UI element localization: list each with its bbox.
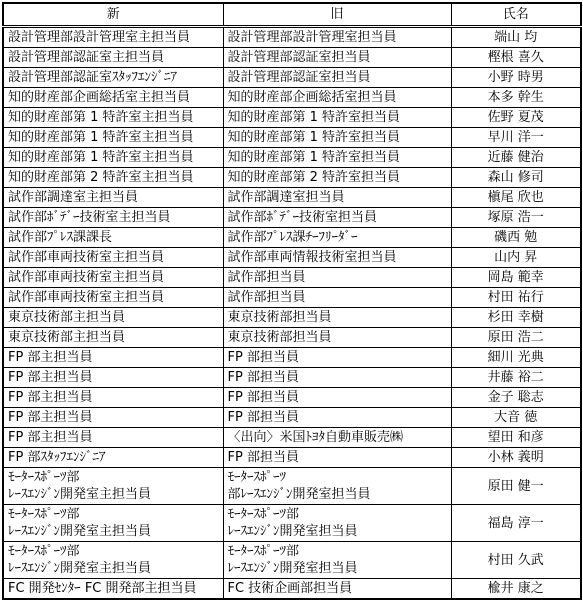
table-row: 試作部ﾎﾞﾃﾞｰ技術室主担当員試作部ﾎﾞﾃﾞｰ技術室担当員塚原 浩一 xyxy=(3,208,581,228)
table-row: 試作部調達室主担当員試作部調達室担当員槇尾 欣也 xyxy=(3,188,581,208)
cell-new: 東京技術部主担当員 xyxy=(3,308,223,328)
cell-new: ﾓｰﾀｰｽﾎﾟｰﾂ部 ﾚｰｽｴﾝｼﾞﾝ開発室主担当員 xyxy=(3,542,223,579)
table-row: 知的財産部企画総括室主担当員知的財産部企画総括室担当員本多 幹生 xyxy=(3,88,581,108)
table-row: FP 部主担当員〈出向〉米国ﾄﾖﾀ自動車販売㈱望田 和彦 xyxy=(3,428,581,448)
cell-name: 早川 洋一 xyxy=(451,128,581,148)
cell-name: 本多 幹生 xyxy=(451,88,581,108)
cell-name: 端山 均 xyxy=(451,27,581,48)
table-row: FC 開発ｾﾝﾀｰ FC 開発部主担当員FC 技術企画部担当員楡井 康之 xyxy=(3,579,581,600)
cell-old: 試作部車両情報技術室担当員 xyxy=(223,248,451,268)
page: 新 旧 氏名 設計管理部設計管理室主担当員設計管理部設計管理室担当員端山 均設計… xyxy=(0,0,583,602)
table-row: 知的財産部第 1 特許室主担当員知的財産部第 1 特許室担当員近藤 健治 xyxy=(3,148,581,168)
header-row: 新 旧 氏名 xyxy=(3,3,581,27)
cell-new: 知的財産部第 2 特許室主担当員 xyxy=(3,168,223,188)
cell-old: FP 部担当員 xyxy=(223,408,451,428)
table-row: 設計管理部認証室主担当員設計管理部認証室担当員樫根 喜久 xyxy=(3,48,581,68)
cell-name: 槇尾 欣也 xyxy=(451,188,581,208)
cell-new: FP 部主担当員 xyxy=(3,408,223,428)
cell-old: 知的財産部第 1 特許室担当員 xyxy=(223,128,451,148)
table-row: FP 部主担当員FP 部担当員井藤 裕二 xyxy=(3,368,581,388)
cell-name: 望田 和彦 xyxy=(451,428,581,448)
table-row: ﾓｰﾀｰｽﾎﾟｰﾂ部 ﾚｰｽｴﾝｼﾞﾝ開発室主担当員ﾓｰﾀｰｽﾎﾟｰﾂ部 ﾚｰｽ… xyxy=(3,505,581,542)
cell-name: 小野 時男 xyxy=(451,68,581,88)
table-body: 設計管理部設計管理室主担当員設計管理部設計管理室担当員端山 均設計管理部認証室主… xyxy=(3,27,581,600)
cell-old: 知的財産部第 2 特許室担当員 xyxy=(223,168,451,188)
cell-name: 金子 聡志 xyxy=(451,388,581,408)
cell-new: 試作部車両技術室主担当員 xyxy=(3,268,223,288)
column-header-new: 新 xyxy=(3,3,223,27)
cell-name: 小林 義明 xyxy=(451,448,581,468)
cell-old: 設計管理部認証室担当員 xyxy=(223,48,451,68)
cell-old: 知的財産部第 1 特許室担当員 xyxy=(223,148,451,168)
cell-old: ﾓｰﾀｰｽﾎﾟｰﾂ 部ﾚｰｽｴﾝｼﾞﾝ開発室担当員 xyxy=(223,468,451,505)
cell-old: 試作部調達室担当員 xyxy=(223,188,451,208)
table-row: 試作部ﾌﾟﾚｽ課課長試作部ﾌﾟﾚｽ課ﾁｰﾌﾘｰﾀﾞｰ磯西 勉 xyxy=(3,228,581,248)
table-row: 知的財産部第 1 特許室主担当員知的財産部第 1 特許室担当員早川 洋一 xyxy=(3,128,581,148)
cell-new: 試作部ﾎﾞﾃﾞｰ技術室主担当員 xyxy=(3,208,223,228)
cell-new: FP 部主担当員 xyxy=(3,428,223,448)
cell-name: 杉田 幸樹 xyxy=(451,308,581,328)
cell-new: FP 部主担当員 xyxy=(3,348,223,368)
table-row: FP 部主担当員FP 部担当員金子 聡志 xyxy=(3,388,581,408)
cell-name: 佐野 夏茂 xyxy=(451,108,581,128)
cell-new: 試作部車両技術室主担当員 xyxy=(3,248,223,268)
cell-name: 原田 健一 xyxy=(451,468,581,505)
cell-old: FP 部担当員 xyxy=(223,348,451,368)
cell-name: 楡井 康之 xyxy=(451,579,581,600)
table-row: FP 部ｽﾀｯﾌｴﾝｼﾞﾆｱFP 部担当員小林 義明 xyxy=(3,448,581,468)
cell-old: FC 技術企画部担当員 xyxy=(223,579,451,600)
cell-old: ﾓｰﾀｰｽﾎﾟｰﾂ部 ﾚｰｽｴﾝｼﾞﾝ開発室担当員 xyxy=(223,505,451,542)
cell-name: 山内 昇 xyxy=(451,248,581,268)
cell-old: 知的財産部第 1 特許室担当員 xyxy=(223,108,451,128)
cell-new: 知的財産部第 1 特許室主担当員 xyxy=(3,148,223,168)
cell-name: 福島 淳一 xyxy=(451,505,581,542)
cell-old: 設計管理部設計管理室担当員 xyxy=(223,27,451,48)
cell-new: ﾓｰﾀｰｽﾎﾟｰﾂ部 ﾚｰｽｴﾝｼﾞﾝ開発室主担当員 xyxy=(3,505,223,542)
cell-old: 〈出向〉米国ﾄﾖﾀ自動車販売㈱ xyxy=(223,428,451,448)
table-row: 試作部車両技術室主担当員試作部車両情報技術室担当員山内 昇 xyxy=(3,248,581,268)
cell-new: 設計管理部認証室ｽﾀｯﾌｴﾝｼﾞﾆｱ xyxy=(3,68,223,88)
table-row: 試作部車両技術室主担当員試作部担当員岡島 範幸 xyxy=(3,268,581,288)
table-row: 知的財産部第 1 特許室主担当員知的財産部第 1 特許室担当員佐野 夏茂 xyxy=(3,108,581,128)
cell-old: FP 部担当員 xyxy=(223,368,451,388)
cell-name: 樫根 喜久 xyxy=(451,48,581,68)
cell-old: FP 部担当員 xyxy=(223,448,451,468)
cell-name: 森山 修司 xyxy=(451,168,581,188)
cell-new: 東京技術部主担当員 xyxy=(3,328,223,348)
table-row: 知的財産部第 2 特許室主担当員知的財産部第 2 特許室担当員森山 修司 xyxy=(3,168,581,188)
cell-name: 塚原 浩一 xyxy=(451,208,581,228)
table-row: ﾓｰﾀｰｽﾎﾟｰﾂ部 ﾚｰｽｴﾝｼﾞﾝ開発室主担当員ﾓｰﾀｰｽﾎﾟｰﾂ部 ﾚｰｽ… xyxy=(3,542,581,579)
column-header-name: 氏名 xyxy=(451,3,581,27)
cell-name: 村田 祐行 xyxy=(451,288,581,308)
cell-old: FP 部担当員 xyxy=(223,388,451,408)
cell-old: 試作部ﾎﾞﾃﾞｰ技術室担当員 xyxy=(223,208,451,228)
cell-new: 設計管理部認証室主担当員 xyxy=(3,48,223,68)
cell-new: 知的財産部第 1 特許室主担当員 xyxy=(3,128,223,148)
table-row: 設計管理部認証室ｽﾀｯﾌｴﾝｼﾞﾆｱ設計管理部認証室担当員小野 時男 xyxy=(3,68,581,88)
cell-new: ﾓｰﾀｰｽﾎﾟｰﾂ部 ﾚｰｽｴﾝｼﾞﾝ開発室主担当員 xyxy=(3,468,223,505)
cell-name: 細川 光典 xyxy=(451,348,581,368)
cell-name: 近藤 健治 xyxy=(451,148,581,168)
table-row: 設計管理部設計管理室主担当員設計管理部設計管理室担当員端山 均 xyxy=(3,27,581,48)
cell-new: FP 部主担当員 xyxy=(3,388,223,408)
table-row: 東京技術部主担当員東京技術部担当員原田 浩二 xyxy=(3,328,581,348)
cell-old: 東京技術部担当員 xyxy=(223,328,451,348)
cell-new: FC 開発ｾﾝﾀｰ FC 開発部主担当員 xyxy=(3,579,223,600)
cell-old: 知的財産部企画総括室担当員 xyxy=(223,88,451,108)
cell-name: 原田 浩二 xyxy=(451,328,581,348)
cell-name: 大音 徳 xyxy=(451,408,581,428)
cell-old: 設計管理部認証室担当員 xyxy=(223,68,451,88)
cell-new: 試作部ﾌﾟﾚｽ課課長 xyxy=(3,228,223,248)
column-header-old: 旧 xyxy=(223,3,451,27)
cell-new: FP 部ｽﾀｯﾌｴﾝｼﾞﾆｱ xyxy=(3,448,223,468)
cell-new: FP 部主担当員 xyxy=(3,368,223,388)
personnel-change-table: 新 旧 氏名 設計管理部設計管理室主担当員設計管理部設計管理室担当員端山 均設計… xyxy=(2,2,582,600)
table-row: ﾓｰﾀｰｽﾎﾟｰﾂ部 ﾚｰｽｴﾝｼﾞﾝ開発室主担当員ﾓｰﾀｰｽﾎﾟｰﾂ 部ﾚｰｽ… xyxy=(3,468,581,505)
cell-new: 試作部車両技術室主担当員 xyxy=(3,288,223,308)
cell-old: 試作部担当員 xyxy=(223,268,451,288)
table-row: FP 部主担当員FP 部担当員細川 光典 xyxy=(3,348,581,368)
cell-name: 岡島 範幸 xyxy=(451,268,581,288)
table-row: 試作部車両技術室主担当員試作部担当員村田 祐行 xyxy=(3,288,581,308)
cell-new: 設計管理部設計管理室主担当員 xyxy=(3,27,223,48)
cell-old: ﾓｰﾀｰｽﾎﾟｰﾂ部 ﾚｰｽｴﾝｼﾞﾝ開発室担当員 xyxy=(223,542,451,579)
cell-name: 村田 久武 xyxy=(451,542,581,579)
cell-old: 試作部担当員 xyxy=(223,288,451,308)
cell-name: 磯西 勉 xyxy=(451,228,581,248)
cell-new: 知的財産部企画総括室主担当員 xyxy=(3,88,223,108)
cell-name: 井藤 裕二 xyxy=(451,368,581,388)
cell-new: 試作部調達室主担当員 xyxy=(3,188,223,208)
cell-old: 東京技術部担当員 xyxy=(223,308,451,328)
table-row: 東京技術部主担当員東京技術部担当員杉田 幸樹 xyxy=(3,308,581,328)
cell-old: 試作部ﾌﾟﾚｽ課ﾁｰﾌﾘｰﾀﾞｰ xyxy=(223,228,451,248)
cell-new: 知的財産部第 1 特許室主担当員 xyxy=(3,108,223,128)
table-row: FP 部主担当員FP 部担当員大音 徳 xyxy=(3,408,581,428)
